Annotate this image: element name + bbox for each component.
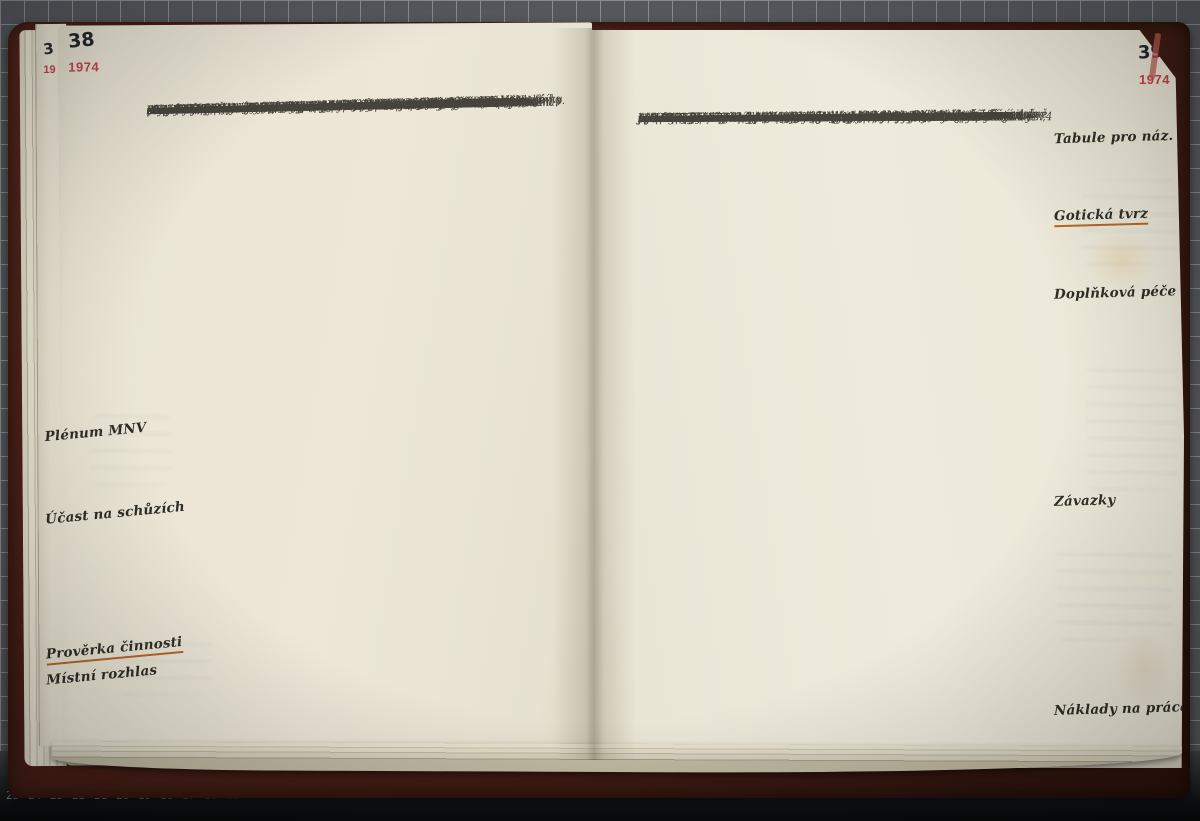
right-page: 39 1974 Tabule pro náz. agit.Gotická tvr… (592, 30, 1184, 768)
margin-note: Prověrka činnosti (45, 634, 183, 666)
margin-note: Gotická tvrz (1054, 206, 1149, 228)
margin-note-column: Plénum MNVÚčast na schůzíchPrověrka činn… (42, 25, 187, 766)
margin-note: Účast na schůzích (45, 499, 186, 528)
margin-note: Náklady na práce (1054, 699, 1189, 719)
handwritten-text-block: etapa kanalizace, bylo dobudováno sociál… (146, 87, 564, 97)
margin-note: Závazky (1054, 492, 1116, 510)
margin-note: Místní rozhlas (45, 662, 157, 688)
handwritten-text-block: jivě pracuje.Na vhodném místě u zastávky… (638, 102, 1052, 105)
margin-note: Plénum MNV (44, 420, 147, 445)
margin-note-column: Tabule pro náz. agit.Gotická tvrzDoplňko… (1054, 30, 1194, 768)
left-page: 38 1974 Plénum MNVÚčast na schůzíchPrově… (58, 22, 597, 765)
margin-note: Doplňková péče (1054, 283, 1177, 302)
photo-scene-grid-mat: 2524232221201918171615 3 19 38 1974 Plén… (0, 0, 1200, 821)
